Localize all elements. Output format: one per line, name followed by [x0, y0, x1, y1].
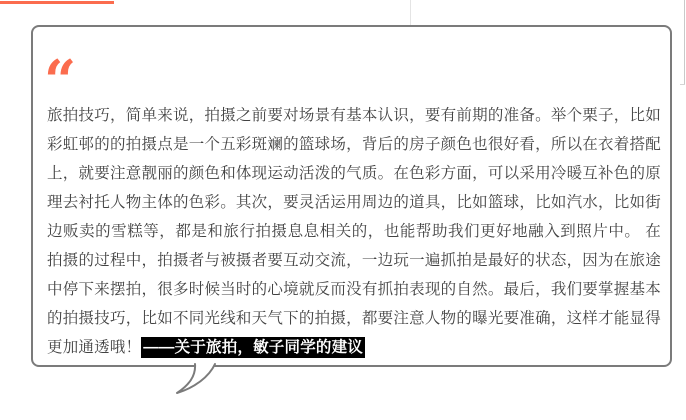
open-quote-icon: “ — [44, 53, 76, 87]
right-edge-line-foot — [680, 84, 685, 85]
quote-body-text: 旅拍技巧，简单来说，拍摄之前要对场景有基本认识，要有前期的准备。举个栗子，比如彩… — [47, 107, 661, 356]
top-accent-bar — [0, 1, 114, 4]
faint-vertical-divider — [410, 0, 411, 26]
quote-paragraph: 旅拍技巧，简单来说，拍摄之前要对场景有基本认识，要有前期的准备。举个栗子，比如彩… — [47, 101, 661, 362]
right-edge-line — [684, 0, 685, 85]
speech-bubble-tail-icon — [160, 352, 230, 402]
speech-bubble-quote-card: “ 旅拍技巧，简单来说，拍摄之前要对场景有基本认识，要有前期的准备。举个栗子，比… — [31, 25, 672, 367]
screenshot-canvas: “ 旅拍技巧，简单来说，拍摄之前要对场景有基本认识，要有前期的准备。举个栗子，比… — [0, 0, 686, 420]
